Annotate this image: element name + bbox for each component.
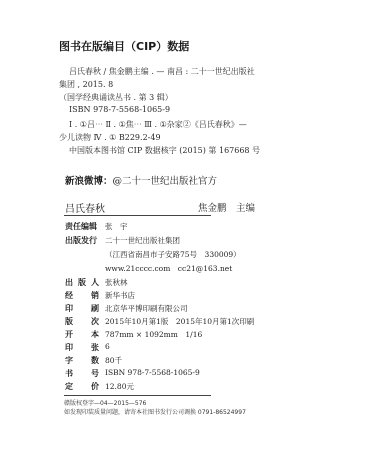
info-row-wordcount: 字数 80千 — [65, 355, 122, 366]
info-value: 张 宇 — [105, 221, 128, 232]
weibo-handle: @二十一世纪出版社官方 — [113, 176, 218, 187]
top-rule — [64, 215, 211, 216]
book-title: 吕氏春秋 — [65, 200, 105, 215]
info-row-isbn: 书号 ISBN 978-7-5568-1065-9 — [65, 368, 200, 379]
info-row-publisher-person: 出版人 张秋林 — [65, 277, 128, 288]
info-label: 印张 — [65, 342, 105, 353]
info-label — [65, 249, 105, 260]
info-label: 版次 — [65, 316, 105, 327]
info-label — [65, 263, 105, 274]
info-value: 6 — [105, 342, 110, 353]
cip-line: 集团 , 2015. 8 — [59, 79, 113, 90]
info-label: 开本 — [65, 329, 105, 340]
info-label: 书号 — [65, 368, 105, 379]
info-label: 出版发行 — [65, 235, 105, 246]
info-label: 印刷 — [65, 303, 105, 314]
weibo-line: 新浪微博：@二十一世纪出版社官方 — [65, 173, 217, 187]
bottom-rule — [64, 395, 211, 396]
info-row-web: www.21cccc.com cc21@163.net — [65, 263, 232, 274]
info-row-printer: 印刷 北京华平博印刷有限公司 — [65, 303, 188, 314]
info-value: www.21cccc.com cc21@163.net — [105, 263, 232, 274]
info-label: 责任编辑 — [65, 221, 105, 232]
info-row-edition: 版次 2015年10月第1版 2015年10月第1次印刷 — [65, 316, 254, 327]
info-label: 经销 — [65, 290, 105, 301]
info-label: 字数 — [65, 355, 105, 366]
info-row-publisher: 出版发行 二十一世纪出版社集团 — [65, 235, 180, 246]
book-author: 焦金鹏 主编 — [198, 200, 255, 214]
weibo-label: 新浪微博： — [65, 176, 113, 187]
info-row-address: （江西省南昌市子安路75号 330009） — [65, 249, 241, 260]
info-value: 新华书店 — [105, 290, 135, 301]
cip-line: 中国版本图书馆 CIP 数据核字 (2015) 第 167668 号 — [69, 145, 260, 156]
quality-notice: 如发现印装质量问题，请寄本社图书发行公司调换 0791-86524997 — [64, 407, 246, 416]
info-row-format: 开本 787mm × 1092mm 1/16 — [65, 329, 202, 340]
info-label: 出版人 — [65, 277, 105, 288]
cip-line: （国学经典诵读丛书 . 第 3 辑） — [59, 92, 173, 103]
info-row-editor: 责任编辑 张 宇 — [65, 221, 128, 232]
info-value: 张秋林 — [105, 277, 128, 288]
info-value: 787mm × 1092mm 1/16 — [105, 329, 202, 340]
cip-line: Ⅰ . ①吕⋯ Ⅱ . ①焦⋯ Ⅲ . ①杂家②《吕氏春秋》— — [69, 119, 247, 130]
info-value: 北京华平博印刷有限公司 — [105, 303, 188, 314]
info-label: 定价 — [65, 381, 105, 392]
cip-line: 吕氏春秋 / 焦金鹏主编 . — 南昌 : 二十一世纪出版社 — [69, 66, 255, 77]
copyright-registration: 赣版权登字—04—2015—576 — [64, 398, 146, 407]
cip-line: 少儿读物 Ⅳ . ① B229.2-49 — [59, 132, 161, 143]
info-value: 二十一世纪出版社集团 — [105, 235, 180, 246]
cip-line: ISBN 978-7-5568-1065-9 — [69, 105, 170, 114]
info-value: （江西省南昌市子安路75号 330009） — [105, 249, 241, 260]
info-value: 12.80元 — [105, 381, 134, 392]
info-row-distributor: 经销 新华书店 — [65, 290, 135, 301]
info-value: 80千 — [105, 355, 122, 366]
cip-heading: 图书在版编目（CIP）数据 — [59, 38, 189, 54]
info-row-sheets: 印张 6 — [65, 342, 110, 353]
info-value: 2015年10月第1版 2015年10月第1次印刷 — [105, 316, 254, 327]
info-value: ISBN 978-7-5568-1065-9 — [105, 368, 200, 379]
info-row-price: 定价 12.80元 — [65, 381, 134, 392]
